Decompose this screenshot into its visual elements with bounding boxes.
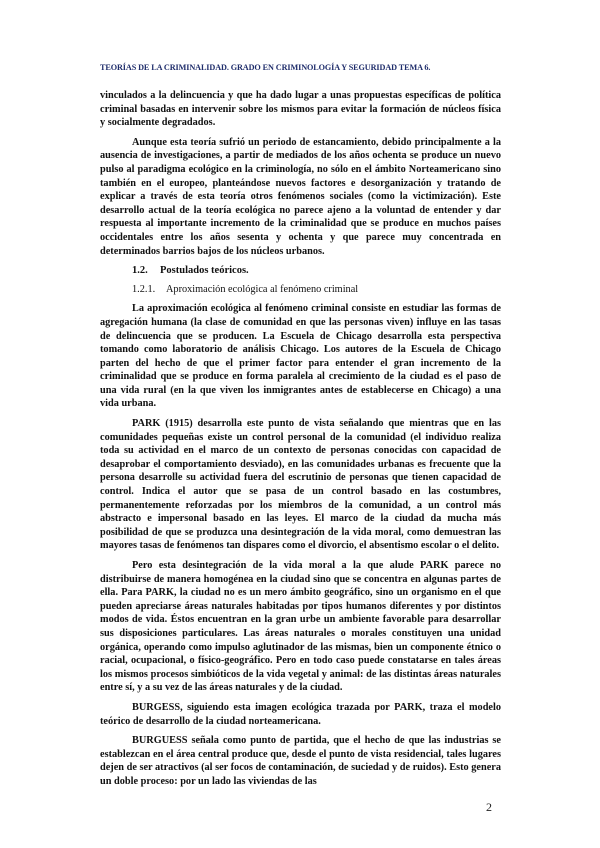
paragraph-ecological-approach: La aproximación ecológica al fenómeno cr… (100, 302, 501, 411)
running-header: TEORÍAS DE LA CRIMINALIDAD. GRADO EN CRI… (100, 63, 510, 72)
section-title: Postulados teóricos. (160, 265, 249, 276)
subsection-heading: 1.2.1.Aproximación ecológica al fenómeno… (100, 283, 501, 297)
paragraph-moral-disintegration: Pero esta desintegración de la vida mora… (100, 559, 501, 695)
page-number: 2 (486, 800, 492, 815)
paragraph-continuation: vinculados a la delincuencia y que ha da… (100, 89, 501, 130)
document-page: TEORÍAS DE LA CRIMINALIDAD. GRADO EN CRI… (0, 0, 600, 848)
paragraph-burguess-starting-point: BURGUESS señala como punto de partida, q… (100, 734, 501, 788)
subsection-number: 1.2.1. (132, 283, 166, 297)
paragraph-park-1915: PARK (1915) desarrolla este punto de vis… (100, 417, 501, 553)
section-number: 1.2. (132, 264, 160, 278)
document-body: vinculados a la delincuencia y que ha da… (100, 89, 501, 795)
section-heading: 1.2.Postulados teóricos. (100, 264, 501, 278)
paragraph-ecological-revival: Aunque esta teoría sufrió un periodo de … (100, 136, 501, 258)
subsection-title: Aproximación ecológica al fenómeno crimi… (166, 284, 358, 295)
paragraph-burgess-model: BURGESS, siguiendo esta imagen ecológica… (100, 701, 501, 728)
